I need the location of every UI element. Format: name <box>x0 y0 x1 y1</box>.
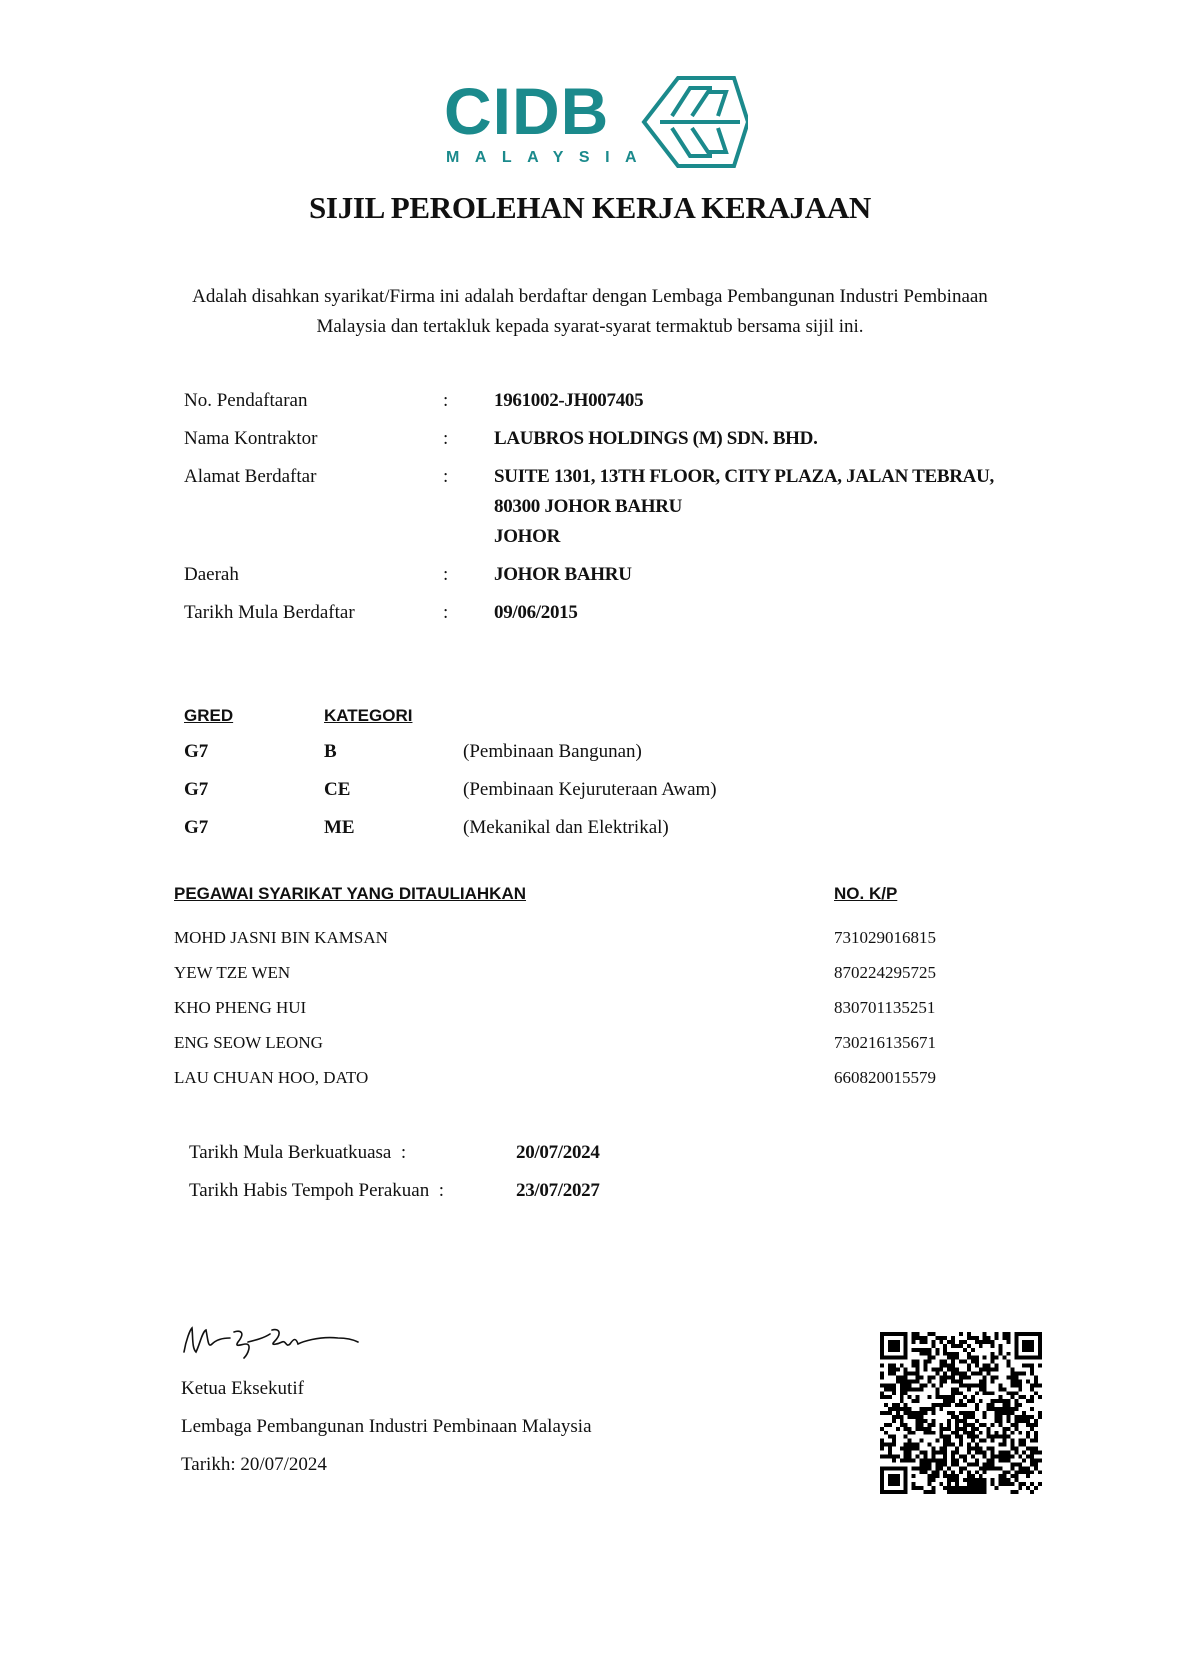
validity-end-label: Tarikh Habis Tempoh Perakuan : <box>189 1180 444 1202</box>
officers-ic-header: NO. K/P <box>834 884 897 904</box>
colon: : <box>443 564 448 586</box>
grade-value: G7 <box>184 817 208 839</box>
intro-statement: Adalah disahkan syarikat/Firma ini adala… <box>160 282 1020 342</box>
signatory-position: Ketua Eksekutif <box>181 1378 304 1400</box>
registration-no-value: 1961002-JH007405 <box>494 390 643 412</box>
category-value: B <box>324 741 337 763</box>
logo-subtitle: MALAYSIA <box>446 149 652 166</box>
cidb-logo: CIDB MALAYSIA <box>444 76 748 168</box>
registration-start-value: 09/06/2015 <box>494 602 578 624</box>
contractor-name-value: LAUBROS HOLDINGS (M) SDN. BHD. <box>494 428 818 450</box>
officer-name: MOHD JASNI BIN KAMSAN <box>174 928 388 948</box>
category-header: KATEGORI <box>324 706 412 726</box>
signatory-organization: Lembaga Pembangunan Industri Pembinaan M… <box>181 1416 592 1438</box>
officer-name: KHO PHENG HUI <box>174 998 306 1018</box>
colon: : <box>443 428 448 450</box>
officer-ic: 730216135671 <box>834 1033 936 1053</box>
validity-start-label: Tarikh Mula Berkuatkuasa : <box>189 1142 406 1164</box>
signature-icon <box>178 1322 378 1367</box>
logo-emblem-icon <box>644 78 748 166</box>
validity-end-value: 23/07/2027 <box>516 1180 600 1202</box>
officers-name-header: PEGAWAI SYARIKAT YANG DITAULIAHKAN <box>174 884 526 904</box>
colon: : <box>443 390 448 412</box>
officer-ic: 830701135251 <box>834 998 935 1018</box>
officer-name: LAU CHUAN HOO, DATO <box>174 1068 368 1088</box>
qr-code-icon <box>880 1332 1042 1494</box>
registration-no-label: No. Pendaftaran <box>184 390 307 412</box>
registration-start-label: Tarikh Mula Berdaftar <box>184 602 355 624</box>
category-value: ME <box>324 817 355 839</box>
signature-date: Tarikh: 20/07/2024 <box>181 1454 327 1476</box>
officer-name: ENG SEOW LEONG <box>174 1033 323 1053</box>
grade-value: G7 <box>184 741 208 763</box>
certificate-title: SIJIL PEROLEHAN KERJA KERAJAAN <box>0 190 1180 226</box>
district-value: JOHOR BAHRU <box>494 564 632 586</box>
officer-ic: 870224295725 <box>834 963 936 983</box>
category-description: (Pembinaan Kejuruteraan Awam) <box>463 779 717 801</box>
address-line-3: JOHOR <box>494 526 560 548</box>
officer-name: YEW TZE WEN <box>174 963 290 983</box>
contractor-name-label: Nama Kontraktor <box>184 428 317 450</box>
address-label: Alamat Berdaftar <box>184 466 316 488</box>
category-description: (Pembinaan Bangunan) <box>463 741 642 763</box>
grade-value: G7 <box>184 779 208 801</box>
category-description: (Mekanikal dan Elektrikal) <box>463 817 669 839</box>
address-line-1: SUITE 1301, 13TH FLOOR, CITY PLAZA, JALA… <box>494 466 994 488</box>
address-line-2: 80300 JOHOR BAHRU <box>494 496 682 518</box>
colon: : <box>443 466 448 488</box>
grade-header: GRED <box>184 706 233 726</box>
officer-ic: 731029016815 <box>834 928 936 948</box>
district-label: Daerah <box>184 564 239 586</box>
validity-start-value: 20/07/2024 <box>516 1142 600 1164</box>
intro-line-1: Adalah disahkan syarikat/Firma ini adala… <box>160 282 1020 312</box>
category-value: CE <box>324 779 350 801</box>
intro-line-2: Malaysia dan tertakluk kepada syarat-sya… <box>160 312 1020 342</box>
logo-wordmark: CIDB <box>444 76 609 148</box>
colon: : <box>443 602 448 624</box>
officer-ic: 660820015579 <box>834 1068 936 1088</box>
